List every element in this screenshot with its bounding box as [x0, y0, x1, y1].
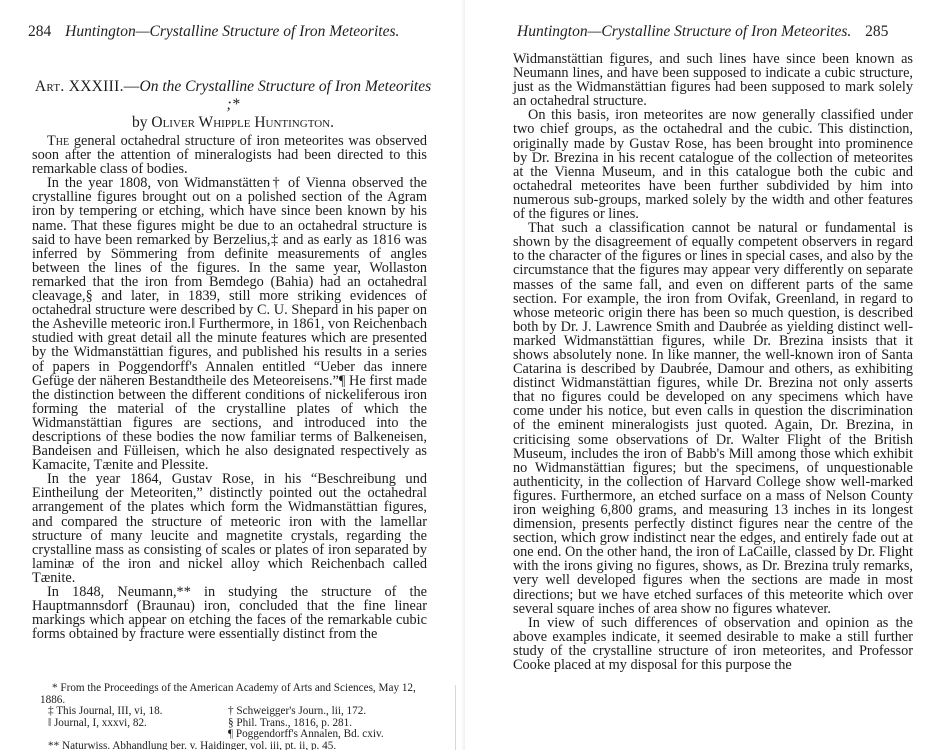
- page-number-right: 285: [865, 23, 888, 40]
- left-body-text: The general octahedral structure of iron…: [32, 134, 427, 641]
- running-head-title-right: Huntington—Crystalline Structure of Iron…: [517, 23, 851, 40]
- footnote-dagger: † Schweigger's Journ., lii, 172.: [228, 706, 408, 718]
- article-author: Oliver Whipple Huntington.: [151, 114, 334, 131]
- article-heading: Art. XXXIII.—On the Crystalline Structur…: [28, 78, 438, 132]
- page-edge-line: [455, 685, 456, 750]
- footnote-double-dagger: ‡ This Journal, III, vi, 18.: [40, 706, 228, 718]
- paragraph: The general octahedral structure of iron…: [32, 134, 427, 176]
- paragraph: In the year 1808, von Widmanstätten† of …: [32, 176, 427, 472]
- paragraph: In view of such differences of observati…: [513, 616, 913, 672]
- page-number-left: 284: [28, 23, 51, 40]
- paragraph: In the year 1864, Gustav Rose, in his “B…: [32, 472, 427, 585]
- byline-prefix: by: [132, 114, 151, 131]
- article-title: On the Crystalline Structure of Iron Met…: [140, 78, 432, 113]
- footnote-star: * From the Proceedings of the American A…: [40, 683, 430, 706]
- footnotes: * From the Proceedings of the American A…: [40, 683, 430, 750]
- footnote-pilcrow: ¶ Poggendorff's Annalen, Bd. cxiv.: [228, 729, 408, 741]
- running-head-title-left: Huntington—Crystalline Structure of Iron…: [65, 23, 399, 40]
- running-head-right: Huntington—Crystalline Structure of Iron…: [517, 23, 888, 41]
- paragraph-continued: Widmanstättian figures, and such lines h…: [513, 52, 913, 108]
- book-spread: 284 Huntington—Crystalline Structure of …: [0, 0, 930, 750]
- running-head-left: 284 Huntington—Crystalline Structure of …: [28, 23, 399, 41]
- left-page: 284 Huntington—Crystalline Structure of …: [0, 0, 465, 750]
- paragraph: On this basis, iron meteorites are now g…: [513, 108, 913, 221]
- paragraph: In 1848, Neumann,** in studying the stru…: [32, 585, 427, 641]
- footnote-parallel: ‖ Journal, I, xxxvi, 82.: [40, 718, 228, 730]
- article-label: Art. XXXIII.—: [35, 78, 140, 95]
- footnote-double-star: ** Naturwiss. Abhandlung ber. v. Haiding…: [40, 741, 430, 750]
- paragraph-text: general octahedral structure of iron met…: [32, 133, 427, 177]
- paragraph: That such a classification cannot be nat…: [513, 221, 913, 616]
- right-body-text: Widmanstättian figures, and such lines h…: [513, 52, 913, 672]
